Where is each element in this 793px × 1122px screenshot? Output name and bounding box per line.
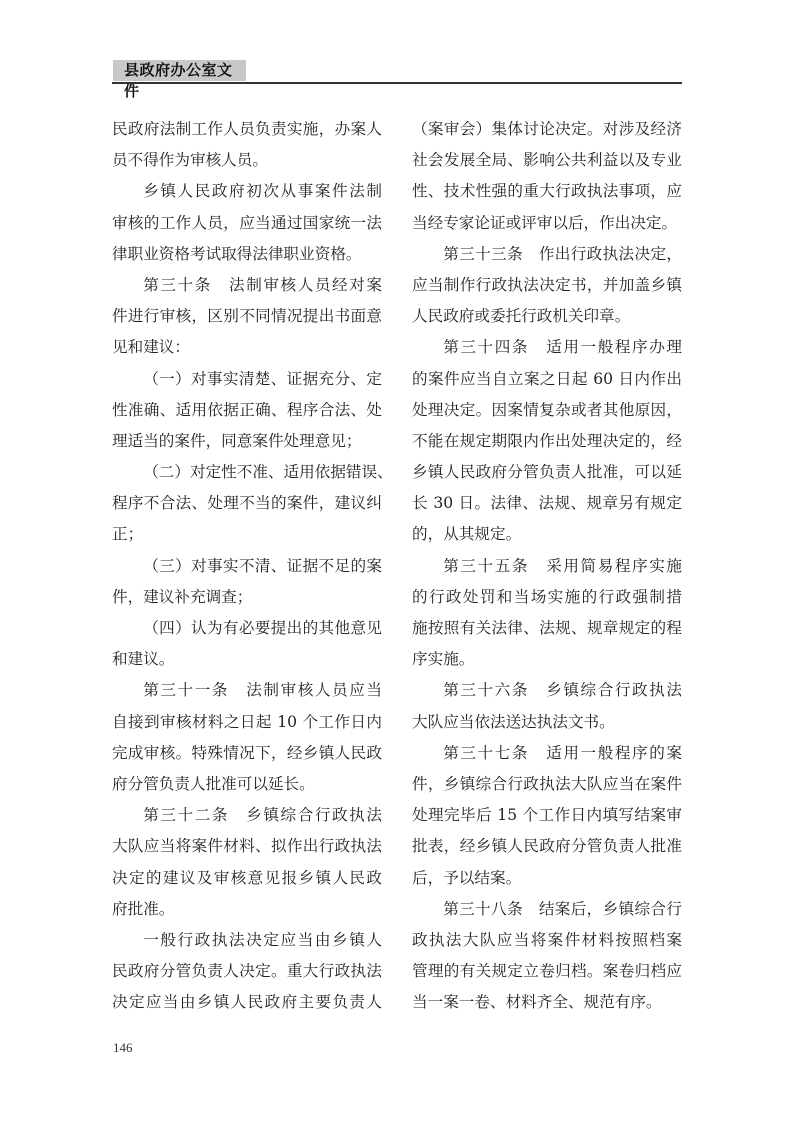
text-line: 第三十七条 适用一般程序的案 (412, 738, 682, 769)
text-line: 府批准。 (112, 894, 382, 925)
text-line: 不能在规定期限内作出处理决定的，经 (412, 426, 682, 457)
text-line: 第三十四条 适用一般程序办理 (412, 332, 682, 363)
text-line: 正； (112, 519, 382, 550)
text-line: 自接到审核材料之日起 10 个工作日内 (112, 707, 382, 738)
page-number: 146 (113, 1040, 133, 1056)
text-line: 民政府分管负责人决定。重大行政执法 (112, 956, 382, 987)
text-line: （一）对事实清楚、证据充分、定 (112, 364, 382, 395)
right-column: （案审会）集体讨论决定。对涉及经济社会发展全局、影响公共利益以及专业性、技术性强… (412, 114, 682, 1018)
text-line: 件，乡镇综合行政执法大队应当在案件 (412, 769, 682, 800)
text-line: （四）认为有必要提出的其他意见 (112, 613, 382, 644)
text-line: 政执法大队应当将案件材料按照档案 (412, 925, 682, 956)
text-line: 当经专家论证或评审以后，作出决定。 (412, 208, 682, 239)
text-line: 后，予以结案。 (412, 863, 682, 894)
text-line: 乡镇人民政府分管负责人批准，可以延 (412, 457, 682, 488)
text-line: 员不得作为审核人员。 (112, 145, 382, 176)
text-line: 批表，经乡镇人民政府分管负责人批准 (412, 831, 682, 862)
text-line: 第三十二条 乡镇综合行政执法 (112, 800, 382, 831)
text-line: 第三十八条 结案后，乡镇综合行 (412, 894, 682, 925)
text-line: 第三十三条 作出行政执法决定， (412, 239, 682, 270)
text-line: 当一案一卷、材料齐全、规范有序。 (412, 987, 682, 1018)
text-line: 一般行政执法决定应当由乡镇人 (112, 925, 382, 956)
text-line: 的案件应当自立案之日起 60 日内作出 (412, 364, 682, 395)
text-line: 审核的工作人员，应当通过国家统一法 (112, 208, 382, 239)
left-column: 民政府法制工作人员负责实施，办案人员不得作为审核人员。乡镇人民政府初次从事案件法… (112, 114, 382, 1018)
text-line: 件进行审核，区别不同情况提出书面意 (112, 301, 382, 332)
text-line: 决定的建议及审核意见报乡镇人民政 (112, 863, 382, 894)
text-line: 施按照有关法律、法规、规章规定的程 (412, 613, 682, 644)
text-line: 决定应当由乡镇人民政府主要负责人 (112, 987, 382, 1018)
text-line: 应当制作行政执法决定书，并加盖乡镇 (412, 270, 682, 301)
text-line: 府分管负责人批准可以延长。 (112, 769, 382, 800)
header-rule (112, 82, 682, 84)
text-line: （二）对定性不准、适用依据错误、 (112, 457, 382, 488)
text-line: 处理决定。因案情复杂或者其他原因， (412, 395, 682, 426)
text-line: 人民政府或委托行政机关印章。 (412, 301, 682, 332)
text-line: 件，建议补充调查； (112, 582, 382, 613)
text-line: 第三十条 法制审核人员经对案 (112, 270, 382, 301)
running-header-title: 县政府办公室文件 (113, 60, 246, 81)
text-line: 乡镇人民政府初次从事案件法制 (112, 176, 382, 207)
text-line: 的行政处罚和当场实施的行政强制措 (412, 582, 682, 613)
text-line: 社会发展全局、影响公共利益以及专业 (412, 145, 682, 176)
text-line: 序实施。 (412, 644, 682, 675)
text-line: 和建议。 (112, 644, 382, 675)
text-line: 长 30 日。法律、法规、规章另有规定 (412, 488, 682, 519)
text-line: 的，从其规定。 (412, 519, 682, 550)
text-line: 完成审核。特殊情况下，经乡镇人民政 (112, 738, 382, 769)
text-line: 处理完毕后 15 个工作日内填写结案审 (412, 800, 682, 831)
text-line: 第三十五条 采用简易程序实施 (412, 551, 682, 582)
text-line: 理适当的案件，同意案件处理意见； (112, 426, 382, 457)
text-line: 见和建议： (112, 332, 382, 363)
text-line: 律职业资格考试取得法律职业资格。 (112, 239, 382, 270)
text-line: 第三十一条 法制审核人员应当 (112, 675, 382, 706)
text-line: 大队应当将案件材料、拟作出行政执法 (112, 831, 382, 862)
text-line: 管理的有关规定立卷归档。案卷归档应 (412, 956, 682, 987)
text-line: （三）对事实不清、证据不足的案 (112, 551, 382, 582)
text-line: 大队应当依法送达执法文书。 (412, 707, 682, 738)
text-line: 性准确、适用依据正确、程序合法、处 (112, 395, 382, 426)
text-line: 第三十六条 乡镇综合行政执法 (412, 675, 682, 706)
text-line: （案审会）集体讨论决定。对涉及经济 (412, 114, 682, 145)
text-line: 性、技术性强的重大行政执法事项，应 (412, 176, 682, 207)
text-line: 程序不合法、处理不当的案件，建议纠 (112, 488, 382, 519)
text-line: 民政府法制工作人员负责实施，办案人 (112, 114, 382, 145)
